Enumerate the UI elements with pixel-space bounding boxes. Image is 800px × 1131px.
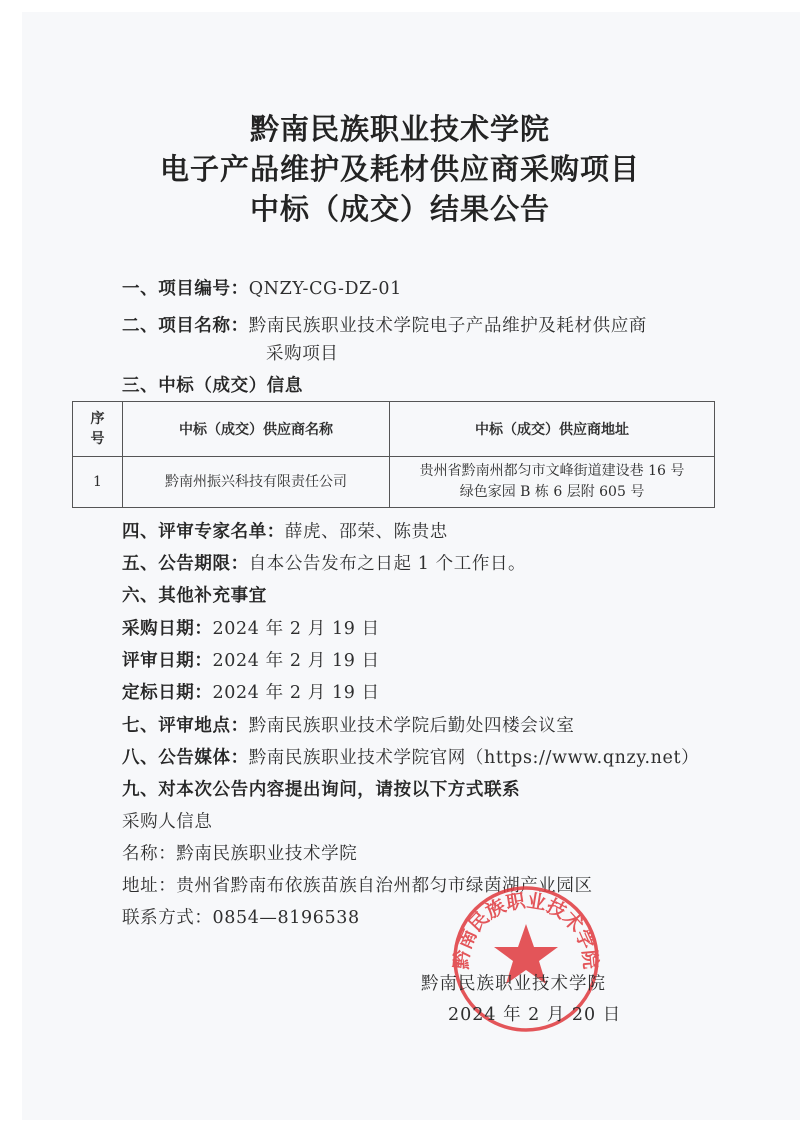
header-supplier-address: 中标（成交）供应商地址 — [390, 402, 715, 457]
project-name-value-line-1: 黔南民族职业技术学院电子产品维护及耗材供应商 — [249, 316, 647, 336]
header-seq-line-1: 序 — [90, 411, 104, 427]
review-place-value: 黔南民族职业技术学院后勤处四楼会议室 — [249, 716, 575, 736]
header-seq: 序 号 — [73, 402, 123, 457]
supplier-address-line-2: 绿色家园 B 栋 6 层附 605 号 — [460, 484, 645, 500]
review-date-label: 评审日期： — [122, 651, 213, 671]
experts-label: 四、评审专家名单： — [122, 522, 285, 542]
other-matters-heading: 六、其他补充事宜 — [122, 582, 267, 607]
cell-supplier-name: 黔南州振兴科技有限责任公司 — [122, 457, 389, 508]
cell-supplier-address: 贵州省黔南州都匀市文峰街道建设巷 16 号 绿色家园 B 栋 6 层附 605 … — [390, 457, 715, 508]
review-place-row: 七、评审地点：黔南民族职业技术学院后勤处四楼会议室 — [122, 712, 575, 737]
supplier-address-line-1: 贵州省黔南州都匀市文峰街道建设巷 16 号 — [420, 463, 685, 479]
award-date-value: 2024 年 2 月 19 日 — [213, 683, 380, 703]
purchase-date-label: 采购日期： — [122, 619, 213, 639]
award-info-heading: 三、中标（成交）信息 — [122, 372, 303, 397]
header-supplier-name: 中标（成交）供应商名称 — [122, 402, 389, 457]
review-date-value: 2024 年 2 月 19 日 — [213, 651, 380, 671]
award-table-header: 序 号 中标（成交）供应商名称 中标（成交）供应商地址 — [73, 402, 715, 457]
experts-value: 薛虎、邵荣、陈贵忠 — [285, 522, 448, 542]
other-matters-label: 六、其他补充事宜 — [122, 586, 267, 606]
project-number-label: 一、项目编号： — [122, 279, 249, 299]
notice-period-label: 五、公告期限： — [122, 554, 249, 574]
project-name-label: 二、项目名称： — [122, 316, 249, 336]
purchase-date-row: 采购日期：2024 年 2 月 19 日 — [122, 615, 380, 640]
media-label: 八、公告媒体： — [122, 748, 249, 768]
purchaser-contact: 联系方式：0854—8196538 — [122, 904, 360, 929]
project-number-value: QNZY-CG-DZ-01 — [249, 279, 402, 299]
project-name-value-line-2: 采购项目 — [266, 340, 338, 365]
cell-seq: 1 — [73, 457, 123, 508]
doc-title-line-3: 中标（成交）结果公告 — [0, 187, 800, 228]
experts-row: 四、评审专家名单：薛虎、邵荣、陈贵忠 — [122, 518, 448, 543]
media-value: 黔南民族职业技术学院官网（https://www.qnzy.net） — [249, 748, 700, 768]
purchaser-name: 名称：黔南民族职业技术学院 — [122, 840, 357, 865]
header-seq-line-2: 号 — [90, 431, 104, 447]
table-row: 1 黔南州振兴科技有限责任公司 贵州省黔南州都匀市文峰街道建设巷 16 号 绿色… — [73, 457, 715, 508]
signature-org: 黔南民族职业技术学院 — [421, 970, 606, 995]
doc-title-line-2: 电子产品维护及耗材供应商采购项目 — [0, 147, 800, 188]
award-date-row: 定标日期：2024 年 2 月 19 日 — [122, 679, 380, 704]
inquiry-heading: 九、对本次公告内容提出询问，请按以下方式联系 — [122, 776, 520, 801]
inquiry-label: 九、对本次公告内容提出询问，请按以下方式联系 — [122, 780, 520, 800]
project-name-row: 二、项目名称：黔南民族职业技术学院电子产品维护及耗材供应商 — [122, 312, 647, 337]
project-number-row: 一、项目编号：QNZY-CG-DZ-01 — [122, 275, 402, 300]
purchase-date-value: 2024 年 2 月 19 日 — [213, 619, 380, 639]
notice-period-value: 自本公告发布之日起 1 个工作日。 — [249, 554, 526, 574]
signature-date: 2024 年 2 月 20 日 — [448, 1001, 621, 1026]
review-place-label: 七、评审地点： — [122, 716, 249, 736]
purchaser-heading: 采购人信息 — [122, 808, 213, 833]
media-row: 八、公告媒体：黔南民族职业技术学院官网（https://www.qnzy.net… — [122, 744, 699, 769]
purchaser-address: 地址：贵州省黔南布依族苗族自治州都匀市绿茵湖产业园区 — [122, 872, 593, 897]
review-date-row: 评审日期：2024 年 2 月 19 日 — [122, 647, 380, 672]
award-info-label: 三、中标（成交）信息 — [122, 376, 303, 396]
award-table: 序 号 中标（成交）供应商名称 中标（成交）供应商地址 1 黔南州振兴科技有限责… — [72, 401, 715, 508]
award-date-label: 定标日期： — [122, 683, 213, 703]
notice-period-row: 五、公告期限：自本公告发布之日起 1 个工作日。 — [122, 550, 526, 575]
doc-title-line-1: 黔南民族职业技术学院 — [0, 107, 800, 148]
